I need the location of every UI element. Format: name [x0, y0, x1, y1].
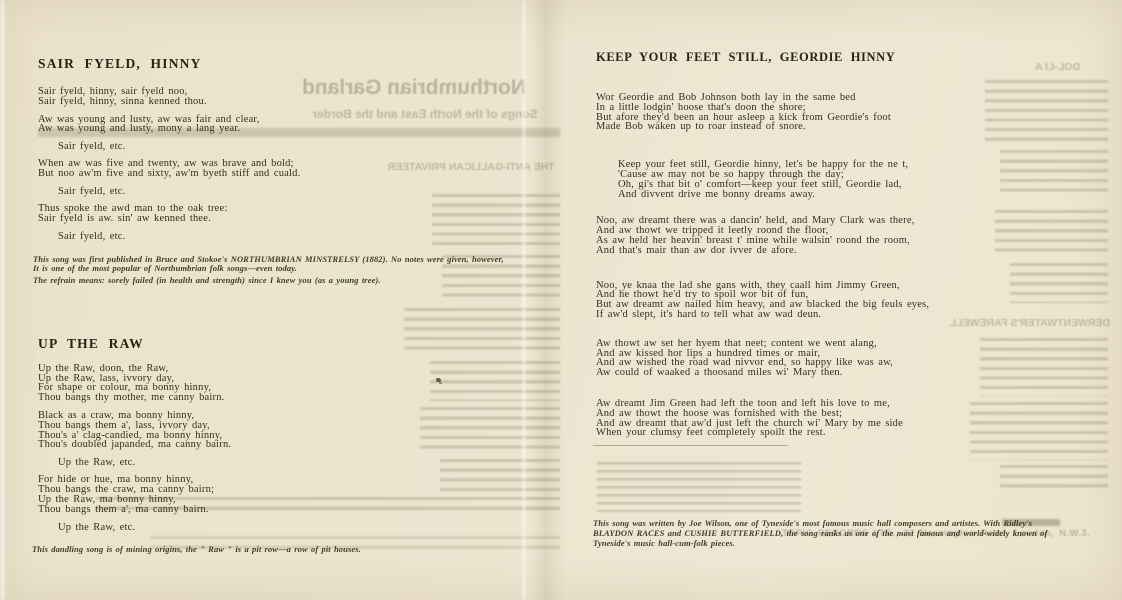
- song-title-sair-fyeld-hinny: SAIR FYELD, HINNY: [38, 56, 543, 71]
- verse: Up the Raw, doon, the Raw, Up the Raw, l…: [38, 364, 543, 403]
- verse: Keep your feet still, Geordie hinny, let…: [596, 160, 1108, 199]
- verse: Sair fyeld, hinny, sair fyeld noo, Sair …: [38, 87, 543, 107]
- lyric-line: Sair fyeld, etc.: [58, 142, 543, 152]
- lyric-line: Sair fyeld is aw. sin' aw kenned thee.: [38, 214, 543, 224]
- right-page: KEEP YOUR FEET STILL, GEORDIE HINNY Wor …: [596, 50, 1108, 549]
- verse: Thus spoke the awd man to the oak tree: …: [38, 204, 543, 224]
- lyric-line: Aw was young and lusty, mony a lang year…: [38, 124, 543, 134]
- lyric-line: But noo aw'm five and sixty, aw'm byeth …: [38, 169, 543, 179]
- song-title-keep-your-feet-still: KEEP YOUR FEET STILL, GEORDIE HINNY: [596, 50, 1108, 65]
- verse: Wor Geordie and Bob Johnson both lay in …: [596, 93, 1108, 132]
- note-line: The refrain means: sorely failed (in hea…: [33, 276, 543, 285]
- gutter-crease-highlight: [522, 0, 526, 600]
- booklet-scan-spread: Northumbrian Garland Songs of the North …: [0, 0, 1122, 600]
- gutter-crease-shadow: [532, 0, 566, 600]
- verse: For hide or hue, ma bonny hinny, Thou ba…: [38, 475, 543, 514]
- verse: Aw was young and lusty, aw was fair and …: [38, 115, 543, 135]
- note-line: This dandling song is of mining origins,…: [32, 545, 543, 554]
- refrain: Sair fyeld, etc.: [38, 142, 543, 152]
- refrain: Up the Raw, etc.: [38, 458, 543, 468]
- lyric-line: Thou's doubled japanded, ma canny bairn.: [38, 440, 543, 450]
- song-note: This song was written by Joe Wilson, one…: [593, 519, 1108, 548]
- refrain: Sair fyeld, etc.: [38, 187, 543, 197]
- verse: Aw thowt aw set her hyem that neet; cont…: [596, 339, 1108, 378]
- verse: When aw was five and twenty, aw was brav…: [38, 159, 543, 179]
- verse: Aw dreamt Jim Green had left the toon an…: [596, 399, 1108, 438]
- note-line: Tyneside's music hall-cum-folk pieces.: [593, 539, 1108, 549]
- divider-rule: [593, 445, 788, 446]
- song-note: This song was first published in Bruce a…: [33, 255, 543, 285]
- lyric-line: Thou bangs them a', ma canny bairn.: [38, 505, 543, 515]
- lyric-line: Sair fyeld, etc.: [58, 232, 543, 242]
- lyric-line: And divvent drive me bonny dreams away.: [618, 190, 1108, 200]
- lyric-line: Made Bob waken up to roar instead of sno…: [596, 122, 1108, 132]
- lyric-line: Thou bangs thy mother, me canny bairn.: [38, 393, 543, 403]
- lyric-line: Up the Raw, etc.: [58, 523, 543, 533]
- ink-speck: [436, 378, 441, 382]
- lyric-line: Up the Raw, etc.: [58, 458, 543, 468]
- page-edge-highlight: [0, 0, 5, 600]
- lyric-line: And that's mair than aw dor ivver de afo…: [596, 246, 1108, 256]
- note-line: It is one of the most popular of Northum…: [33, 264, 543, 273]
- verse: Noo, ye knaa the lad she gans with, they…: [596, 281, 1108, 320]
- verse: Noo, aw dreamt there was a dancin' held,…: [596, 216, 1108, 255]
- left-page: SAIR FYELD, HINNY Sair fyeld, hinny, sai…: [38, 56, 543, 554]
- lyric-line: Sair fyeld, etc.: [58, 187, 543, 197]
- refrain: Sair fyeld, etc.: [38, 232, 543, 242]
- refrain: Up the Raw, etc.: [38, 523, 543, 533]
- lyric-line: Sair fyeld, hinny, sinna kenned thou.: [38, 97, 543, 107]
- lyric-line: Aw could of waaked a thoosand miles wi' …: [596, 368, 1108, 378]
- song-note: This dandling song is of mining origins,…: [32, 545, 543, 554]
- lyric-line: When your clumsy feet completely spoilt …: [596, 428, 1108, 438]
- verse: Black as a craw, ma bonny hinny, Thou ba…: [38, 411, 543, 450]
- song-title-up-the-raw: UP THE RAW: [38, 336, 543, 351]
- lyric-line: If aw'd slept, it's hard to tell what aw…: [596, 310, 1108, 320]
